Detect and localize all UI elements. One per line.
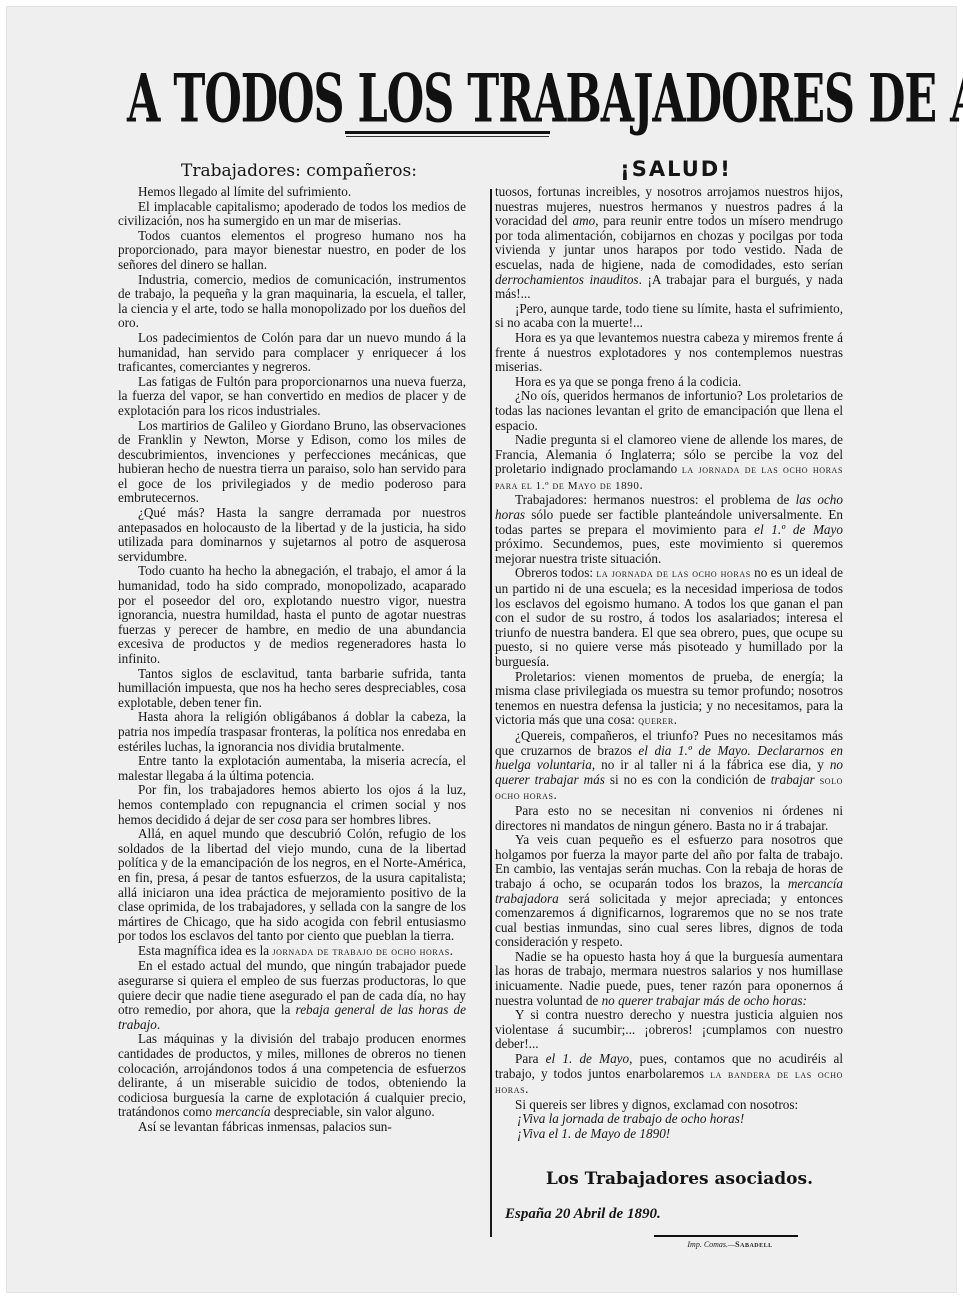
paragraph: Industria, comercio, medios de comunicac… — [118, 273, 466, 331]
imprint-rule — [654, 1235, 798, 1237]
paragraph: Así se levantan fábricas inmensas, palac… — [118, 1120, 466, 1135]
paragraph: Todos cuantos elementos el progreso huma… — [118, 229, 466, 273]
paragraph: Por fin, los trabajadores hemos abierto … — [118, 783, 466, 827]
paragraph: Hemos llegado al límite del sufrimiento. — [118, 185, 466, 200]
paragraph: tuosos, fortunas increibles, y nosotros … — [495, 185, 843, 302]
paragraph: Nadie se ha opuesto hasta hoy á que la b… — [495, 950, 843, 1008]
paragraph: Si quereis ser libres y dignos, exclamad… — [495, 1098, 843, 1113]
left-column-heading: Trabajadores: compañeros: — [125, 161, 473, 181]
paragraph: Nadie pregunta si el clamoreo viene de a… — [495, 433, 843, 493]
paragraph: Hora es ya que levantemos nuestra cabeza… — [495, 331, 843, 375]
paragraph: Y si contra nuestro derecho y nuestra ju… — [495, 1008, 843, 1052]
paragraph: Tantos siglos de esclavitud, tanta barba… — [118, 667, 466, 711]
headline: A TODOS LOS TRABAJADORES DE AMBOS SEXOS — [127, 61, 857, 139]
paragraph: Esta magnífica idea es la jornada de tra… — [118, 944, 466, 960]
column-divider — [490, 189, 492, 1237]
left-column: Hemos llegado al límite del sufrimiento.… — [118, 185, 466, 1135]
dateline: España 20 Abril de 1890. — [505, 1206, 661, 1223]
right-column: tuosos, fortunas increibles, y nosotros … — [495, 185, 843, 1142]
paragraph: Trabajadores: hermanos nuestros: el prob… — [495, 493, 843, 566]
paragraph: Hasta ahora la religión obligábanos á do… — [118, 710, 466, 754]
paragraph: Los martirios de Galileo y Giordano Brun… — [118, 419, 466, 507]
right-column-heading: ¡SALUD! — [502, 157, 850, 181]
printer-imprint: Imp. Comas.—Sabadell — [665, 1240, 795, 1249]
paragraph: Obreros todos: la jornada de las ocho ho… — [495, 566, 843, 669]
paragraph: En el estado actual del mundo, que ningú… — [118, 959, 466, 1032]
paragraph: ¡Pero, aunque tarde, todo tiene su límit… — [495, 302, 843, 331]
paragraph: ¿Qué más? Hasta la sangre derramada por … — [118, 506, 466, 564]
paragraph: Allá, en aquel mundo que descubrió Colón… — [118, 827, 466, 944]
headline-rule — [345, 131, 550, 134]
paragraph: ¿Quereis, compañeros, el triunfo? Pues n… — [495, 729, 843, 804]
paragraph: Las fatigas de Fultón para proporcionarn… — [118, 375, 466, 419]
signature: Los Trabajadores asociados. — [495, 1169, 843, 1189]
paragraph: Entre tanto la explotación aumentaba, la… — [118, 754, 466, 783]
paragraph: Hora es ya que se ponga freno á la codic… — [495, 375, 843, 390]
paragraph: Para el 1. de Mayo, pues, contamos que n… — [495, 1052, 843, 1098]
paragraph: El implacable capitalismo; apoderado de … — [118, 200, 466, 229]
paragraph: Ya veis cuan pequeño es el esfuerzo para… — [495, 833, 843, 950]
slogan-line: ¡Viva el 1. de Mayo de 1890! — [517, 1127, 843, 1142]
slogan-line: ¡Viva la jornada de trabajo de ocho hora… — [517, 1112, 843, 1127]
paragraph: Proletarios: vienen momentos de prueba, … — [495, 670, 843, 729]
paragraph: Para esto no se necesitan ni convenios n… — [495, 804, 843, 833]
paragraph: Todo cuanto ha hecho la abnegación, el t… — [118, 564, 466, 666]
paragraph: Los padecimientos de Colón para dar un n… — [118, 331, 466, 375]
paragraph: ¿No oís, queridos hermanos de infortunio… — [495, 389, 843, 433]
paragraph: Las máquinas y la división del trabajo p… — [118, 1032, 466, 1120]
